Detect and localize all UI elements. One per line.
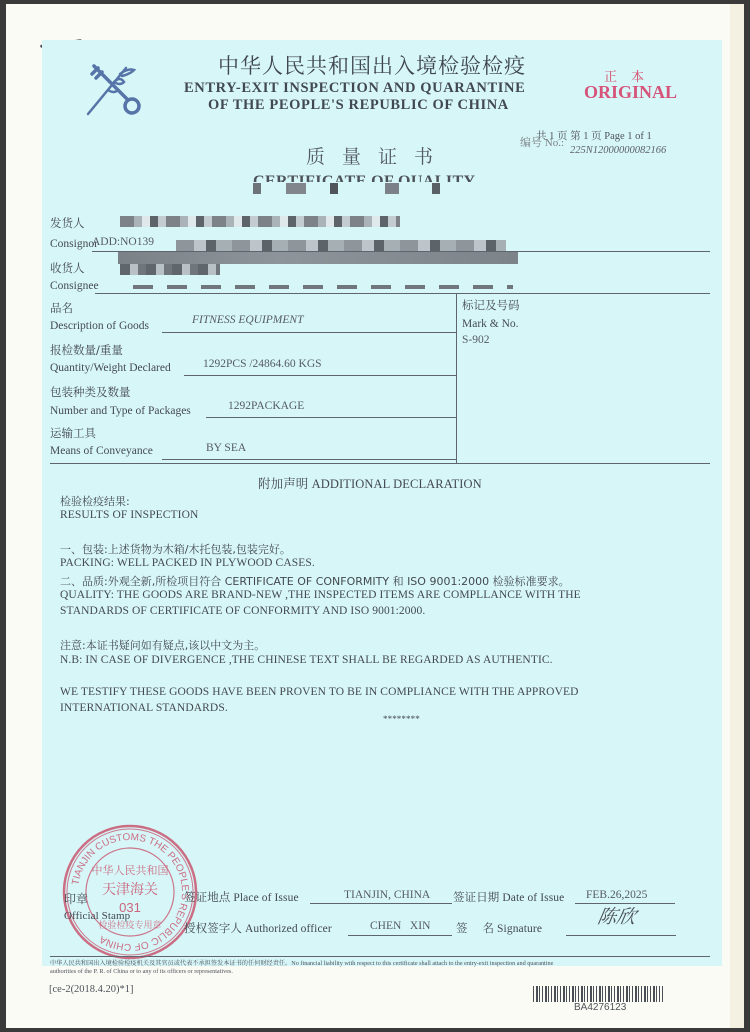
stamp-label-cn: 印章	[64, 890, 88, 907]
table-divider	[456, 293, 457, 463]
results-label-cn: 检验检疫结果:	[60, 493, 130, 509]
disclaimer-line-2: authorities of the P. R. of China or to …	[50, 968, 233, 975]
quantity-value: 1292PCS /24864.60 KGS	[203, 358, 322, 370]
key-and-caduceus-emblem-icon	[86, 60, 148, 122]
authorized-officer-label: 授权签字人 Authorized officer	[184, 920, 332, 936]
signature-label: 签 名 Signature	[456, 920, 542, 936]
agency-name-en-line2: OF THE PEOPLE'S REPUBLIC OF CHINA	[208, 97, 509, 114]
barcode	[533, 986, 663, 1002]
form-code: [ce-2(2018.4.20)*1]	[49, 984, 134, 995]
description-label-en: Description of Goods	[50, 320, 149, 332]
testify-text-2: INTERNATIONAL STANDARDS.	[60, 702, 228, 714]
quantity-label-cn: 报检数量/重量	[50, 342, 123, 358]
packing-text-cn: 一、包装:上述货物为木箱/木托包装,包装完好。	[60, 541, 291, 557]
mark-value: S-902	[462, 334, 489, 346]
mark-label-cn: 标记及号码	[462, 297, 520, 313]
packages-value: 1292PACKAGE	[228, 400, 304, 412]
packages-label-en: Number and Type of Packages	[50, 405, 191, 417]
conveyance-label-en: Means of Conveyance	[50, 445, 153, 457]
svg-text:中华人民共和国: 中华人民共和国	[92, 863, 169, 877]
quality-text-en-2: STANDARDS OF CERTIFICATE OF CONFORMITY A…	[60, 605, 425, 617]
redaction-block	[330, 183, 338, 194]
redaction-block	[253, 183, 261, 194]
page-info: 共 1 页 第 1 页 Page 1 of 1	[536, 128, 652, 143]
quantity-line	[184, 375, 456, 376]
packages-label-cn: 包装种类及数量	[50, 384, 131, 400]
note-text-en: N.B: IN CASE OF DIVERGENCE ,THE CHINESE …	[60, 654, 553, 666]
consignor-label-en: Consignor	[50, 238, 98, 250]
mark-label-en: Mark & No.	[462, 318, 519, 330]
disclaimer-line-1: 中华人民共和国出入境检验检疫机关及其官员或代表不承担签发本证书的任何财经责任。N…	[50, 958, 553, 967]
consignor-label-cn: 发货人	[50, 215, 85, 231]
consignor-line	[92, 251, 710, 252]
title-cn: 质量证书	[306, 142, 450, 169]
note-text-cn: 注意:本证书疑问如有疑点,该以中文为主。	[60, 637, 265, 653]
description-line	[162, 332, 456, 333]
testify-text-1: WE TESTIFY THESE GOODS HAVE BEEN PROVEN …	[60, 686, 579, 698]
consignor-address: ADD:NO139	[92, 236, 154, 248]
conveyance-value: BY SEA	[206, 442, 246, 454]
redaction-scribble	[118, 252, 518, 264]
footer-divider	[50, 956, 710, 957]
paper-edge	[730, 4, 744, 1028]
quantity-label-en: Quantity/Weight Declared	[50, 362, 171, 374]
place-of-issue-value: TIANJIN, CHINA	[344, 889, 430, 901]
officer-line	[348, 935, 452, 936]
conveyance-line	[162, 459, 456, 460]
consignee-line	[95, 293, 710, 294]
redaction-block	[432, 183, 440, 194]
stamp-label-en: Official Stamp	[64, 910, 130, 922]
table-bottom-line	[50, 463, 710, 464]
redaction-block	[385, 183, 399, 194]
certificate-number: 225N12000000082166	[570, 145, 666, 156]
results-label-en: RESULTS OF INSPECTION	[60, 509, 198, 521]
consignor-name-redacted	[120, 216, 400, 227]
place-line	[310, 903, 452, 904]
quality-text-en-1: QUALITY: THE GOODS ARE BRAND-NEW ,THE IN…	[60, 589, 581, 601]
agency-name-cn: 中华人民共和国出入境检验检疫	[218, 50, 526, 80]
svg-text:天津海关: 天津海关	[102, 882, 158, 898]
packing-text-en: PACKING: WELL PACKED IN PLYWOOD CASES.	[60, 557, 315, 569]
date-of-issue-label: 签证日期 Date of Issue	[453, 889, 564, 905]
consignee-label-en: Consignee	[50, 280, 99, 292]
consignee-address-redacted	[133, 285, 513, 289]
consignee-name-redacted	[120, 264, 220, 275]
title-en: CERTIFICATE OF QUALITY	[253, 172, 476, 182]
signature: 陈欣	[596, 902, 639, 929]
date-of-issue-value: FEB.26,2025	[586, 889, 647, 901]
agency-name-en-line1: ENTRY-EXIT INSPECTION AND QUARANTINE	[184, 80, 525, 97]
additional-declaration-heading: 附加声明 ADDITIONAL DECLARATION	[258, 474, 482, 492]
end-mark: ********	[383, 714, 420, 724]
place-of-issue-label: 签证地点 Place of Issue	[184, 889, 299, 905]
consignee-label-cn: 收货人	[50, 260, 85, 276]
original-label: ORIGINAL	[584, 82, 677, 103]
description-value: FITNESS EQUIPMENT	[192, 314, 303, 326]
redaction-block	[286, 183, 306, 194]
conveyance-label-cn: 运输工具	[50, 425, 96, 441]
quality-text-cn: 二、品质:外观全新,所检项目符合 CERTIFICATE OF CONFORMI…	[60, 573, 570, 589]
authorized-officer-value: CHEN XIN	[370, 920, 430, 932]
packages-line	[206, 417, 456, 418]
barcode-number: BA4276123	[574, 1002, 626, 1013]
signature-line	[566, 935, 676, 936]
description-label-cn: 品名	[50, 300, 73, 316]
